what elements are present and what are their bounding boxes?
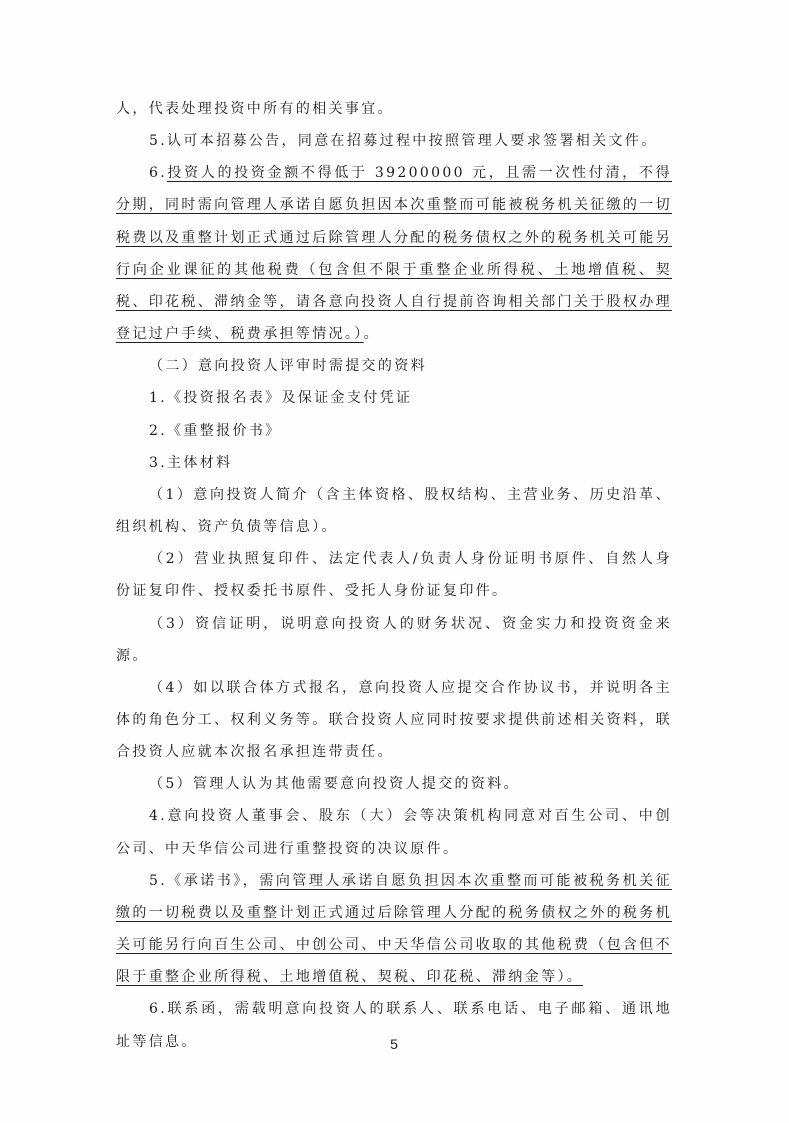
paragraph-item-4-board-resolution: 4.意向投资人董事会、股东（大）会等决策机构同意对百生公司、中创公司、中天华信公… bbox=[116, 800, 672, 864]
paragraph-subitem-5-other: （5）管理人认为其他需要意向投资人提交的资料。 bbox=[116, 768, 672, 800]
paragraph-subitem-2-licenses: （2）营业执照复印件、法定代表人/负责人身份证明书原件、自然人身份证复印件、授权… bbox=[116, 543, 672, 607]
document-page: 人，代表处理投资中所有的相关事宜。 5.认可本招募公告，同意在招募过程中按照管理… bbox=[0, 0, 789, 1123]
page-number: 5 bbox=[386, 1036, 402, 1052]
underlined-text: 需向管理人承诺自愿负担因本次重整而可能被税务机关征缴的一切税费以及重整计划正式通… bbox=[116, 873, 672, 985]
paragraph-text: 1.《投资报名表》及保证金支付凭证 bbox=[149, 390, 412, 406]
paragraph-subitem-3-credit-proof: （3）资信证明，说明意向投资人的财务状况、资金实力和投资资金来源。 bbox=[116, 608, 672, 672]
paragraph-text: 人，代表处理投资中所有的相关事宜。 bbox=[116, 101, 394, 117]
paragraph-text: （5）管理人认为其他需要意向投资人提交的资料。 bbox=[149, 776, 520, 792]
paragraph-text: （1）意向投资人简介（含主体资格、股权结构、主营业务、历史沿革、组织机构、资产负… bbox=[116, 487, 672, 535]
paragraph-item-1-registration-form: 1.《投资报名表》及保证金支付凭证 bbox=[116, 382, 672, 414]
paragraph-item-6-investment-amount: 6.投资人的投资金额不得低于 39200000 元，且需一次性付清，不得分期，同… bbox=[116, 157, 672, 350]
paragraph-text: （2）营业执照复印件、法定代表人/负责人身份证明书原件、自然人身份证复印件、授权… bbox=[116, 551, 672, 599]
paragraph-text: 3.主体材料 bbox=[149, 455, 232, 471]
paragraph-end-punct: 。 bbox=[364, 326, 380, 342]
paragraph-subitem-4-consortium: （4）如以联合体方式报名，意向投资人应提交合作协议书，并说明各主体的角色分工、权… bbox=[116, 672, 672, 768]
paragraph-continuation: 人，代表处理投资中所有的相关事宜。 bbox=[116, 93, 672, 125]
item-number: 6. bbox=[149, 165, 167, 181]
paragraph-text: （3）资信证明，说明意向投资人的财务状况、资金实力和投资资金来源。 bbox=[116, 616, 672, 664]
paragraph-item-2-quotation: 2.《重整报价书》 bbox=[116, 415, 672, 447]
item-label: 5.《承诺书》， bbox=[149, 873, 259, 889]
section-heading-text: （二）意向投资人评审时需提交的资料 bbox=[149, 358, 427, 374]
paragraph-subitem-1-profile: （1）意向投资人简介（含主体资格、股权结构、主营业务、历史沿革、组织机构、资产负… bbox=[116, 479, 672, 543]
section-heading-materials: （二）意向投资人评审时需提交的资料 bbox=[116, 350, 672, 382]
paragraph-item-5-commitment-letter: 5.《承诺书》，需向管理人承诺自愿负担因本次重整而可能被税务机关征缴的一切税费以… bbox=[116, 865, 672, 994]
paragraph-item-5-accept-announcement: 5.认可本招募公告，同意在招募过程中按照管理人要求签署相关文件。 bbox=[116, 125, 672, 157]
paragraph-text: 4.意向投资人董事会、股东（大）会等决策机构同意对百生公司、中创公司、中天华信公… bbox=[116, 808, 672, 856]
paragraph-text: 2.《重整报价书》 bbox=[149, 423, 282, 439]
underlined-text: 投资人的投资金额不得低于 39200000 元，且需一次性付清，不得分期，同时需… bbox=[116, 165, 672, 342]
paragraph-text: 5.认可本招募公告，同意在招募过程中按照管理人要求签署相关文件。 bbox=[149, 133, 658, 149]
paragraph-text: （4）如以联合体方式报名，意向投资人应提交合作协议书，并说明各主体的角色分工、权… bbox=[116, 680, 672, 760]
document-body: 人，代表处理投资中所有的相关事宜。 5.认可本招募公告，同意在招募过程中按照管理… bbox=[116, 93, 672, 1058]
paragraph-item-3-entity-materials: 3.主体材料 bbox=[116, 447, 672, 479]
